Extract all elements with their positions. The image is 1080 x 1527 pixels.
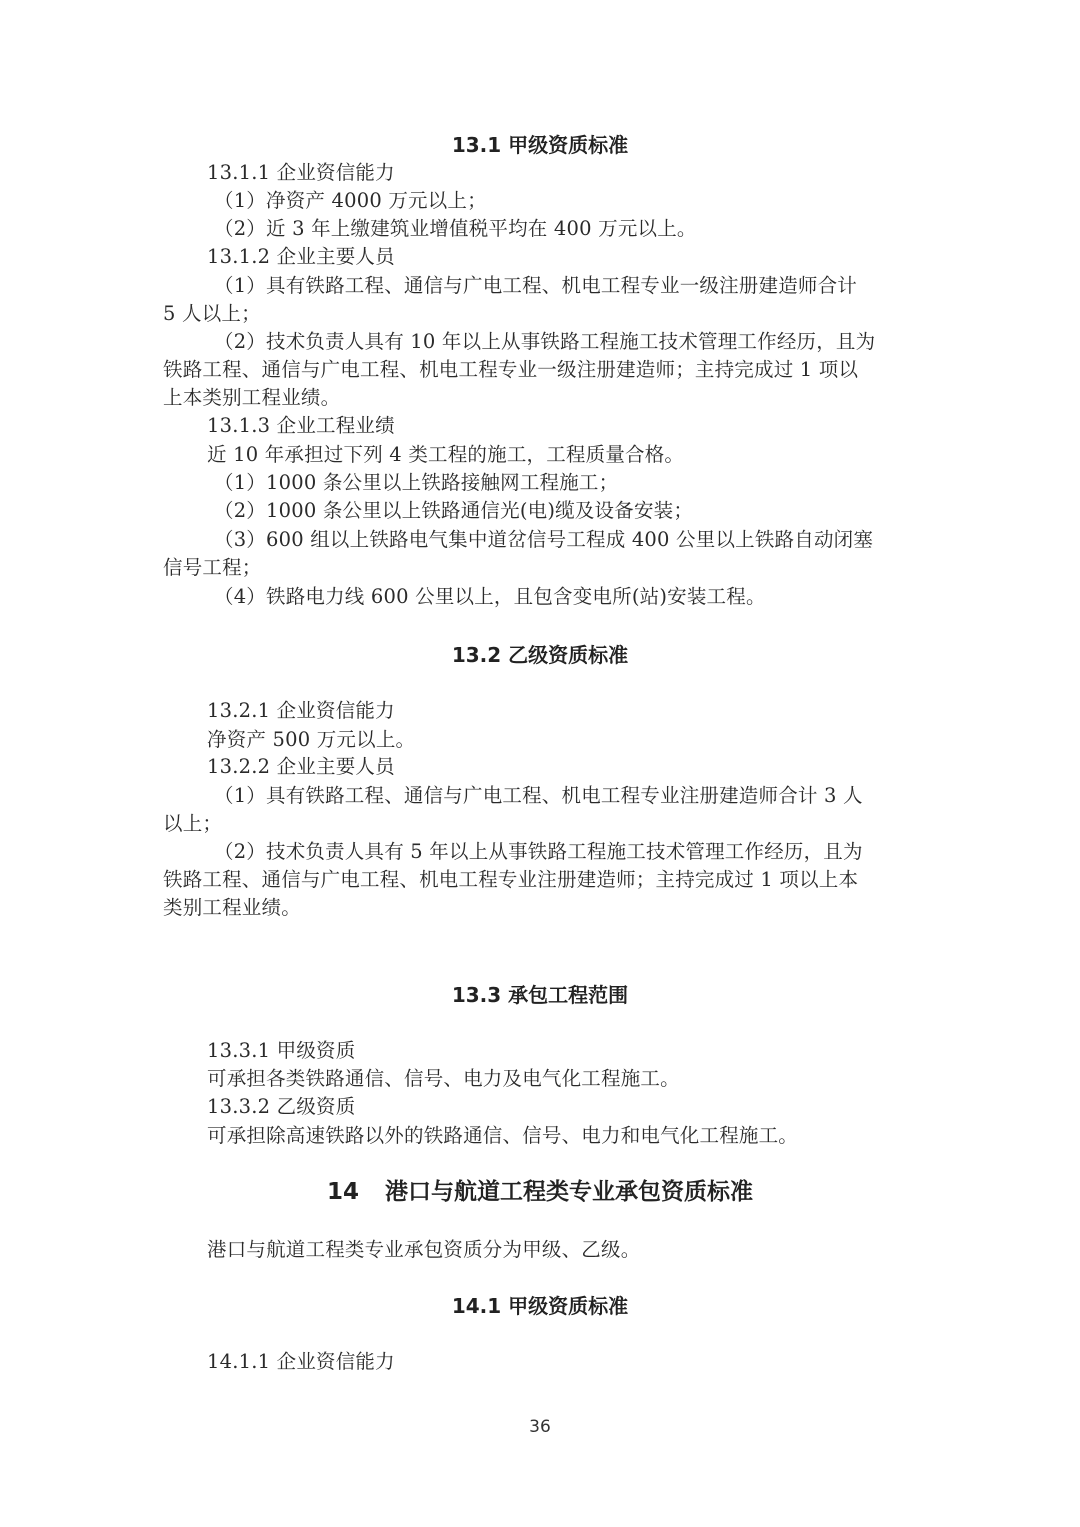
- list-item: （1）净资产 4000 万元以上；: [214, 187, 487, 215]
- heading-13-1-1: 13.1.1 企业资信能力: [207, 159, 395, 187]
- list-item-continuation: 信号工程；: [163, 554, 262, 582]
- list-item-continuation: 铁路工程、通信与广电工程、机电工程专业一级注册建造师；主持完成过 1 项以: [163, 356, 858, 384]
- paragraph: 可承担除高速铁路以外的铁路通信、信号、电力和电气化工程施工。: [207, 1122, 798, 1150]
- list-item: （1）1000 条公里以上铁路接触网工程施工；: [214, 469, 618, 497]
- list-item: （4）铁路电力线 600 公里以上，且包含变电所(站)安装工程。: [214, 583, 766, 611]
- list-item-continuation: 类别工程业绩。: [163, 894, 301, 922]
- paragraph: 近 10 年承担过下列 4 类工程的施工，工程质量合格。: [207, 441, 684, 469]
- section-title-13-1: 13.1 甲级资质标准: [0, 131, 1080, 159]
- paragraph: 净资产 500 万元以上。: [207, 726, 415, 754]
- list-item: （1）具有铁路工程、通信与广电工程、机电工程专业注册建造师合计 3 人: [214, 782, 863, 810]
- section-title-14-1: 14.1 甲级资质标准: [0, 1292, 1080, 1320]
- chapter-title-14: 14港口与航道工程类专业承包资质标准: [0, 1176, 1080, 1208]
- list-item-continuation: 5 人以上；: [163, 300, 261, 328]
- list-item: （2）技术负责人具有 10 年以上从事铁路工程施工技术管理工作经历，且为: [214, 328, 875, 356]
- list-item: （2）1000 条公里以上铁路通信光(电)缆及设备安装；: [214, 497, 693, 525]
- section-title-13-3: 13.3 承包工程范围: [0, 981, 1080, 1009]
- heading-14-1-1: 14.1.1 企业资信能力: [207, 1348, 395, 1376]
- section-title-13-2: 13.2 乙级资质标准: [0, 641, 1080, 669]
- chapter-number: 14: [327, 1179, 359, 1205]
- list-item: （2）技术负责人具有 5 年以上从事铁路工程施工技术管理工作经历，且为: [214, 838, 863, 866]
- heading-13-1-3: 13.1.3 企业工程业绩: [207, 412, 395, 440]
- heading-13-1-2: 13.1.2 企业主要人员: [207, 243, 395, 271]
- chapter-title-text: 港口与航道工程类专业承包资质标准: [385, 1179, 753, 1205]
- heading-13-3-1: 13.3.1 甲级资质: [207, 1037, 355, 1065]
- document-page: 13.1 甲级资质标准 13.1.1 企业资信能力 （1）净资产 4000 万元…: [0, 0, 1080, 1527]
- list-item-continuation: 铁路工程、通信与广电工程、机电工程专业注册建造师；主持完成过 1 项以上本: [163, 866, 858, 894]
- heading-13-2-1: 13.2.1 企业资信能力: [207, 697, 395, 725]
- list-item: （2）近 3 年上缴建筑业增值税平均在 400 万元以上。: [214, 215, 697, 243]
- paragraph: 港口与航道工程类专业承包资质分为甲级、乙级。: [207, 1236, 640, 1264]
- list-item: （3）600 组以上铁路电气集中道岔信号工程成 400 公里以上铁路自动闭塞: [214, 526, 873, 554]
- paragraph: 可承担各类铁路通信、信号、电力及电气化工程施工。: [207, 1065, 680, 1093]
- list-item: （1）具有铁路工程、通信与广电工程、机电工程专业一级注册建造师合计: [214, 272, 857, 300]
- heading-13-3-2: 13.3.2 乙级资质: [207, 1093, 355, 1121]
- list-item-continuation: 以上；: [163, 810, 222, 838]
- heading-13-2-2: 13.2.2 企业主要人员: [207, 753, 395, 781]
- list-item-continuation: 上本类别工程业绩。: [163, 384, 340, 412]
- page-number: 36: [0, 1415, 1080, 1439]
